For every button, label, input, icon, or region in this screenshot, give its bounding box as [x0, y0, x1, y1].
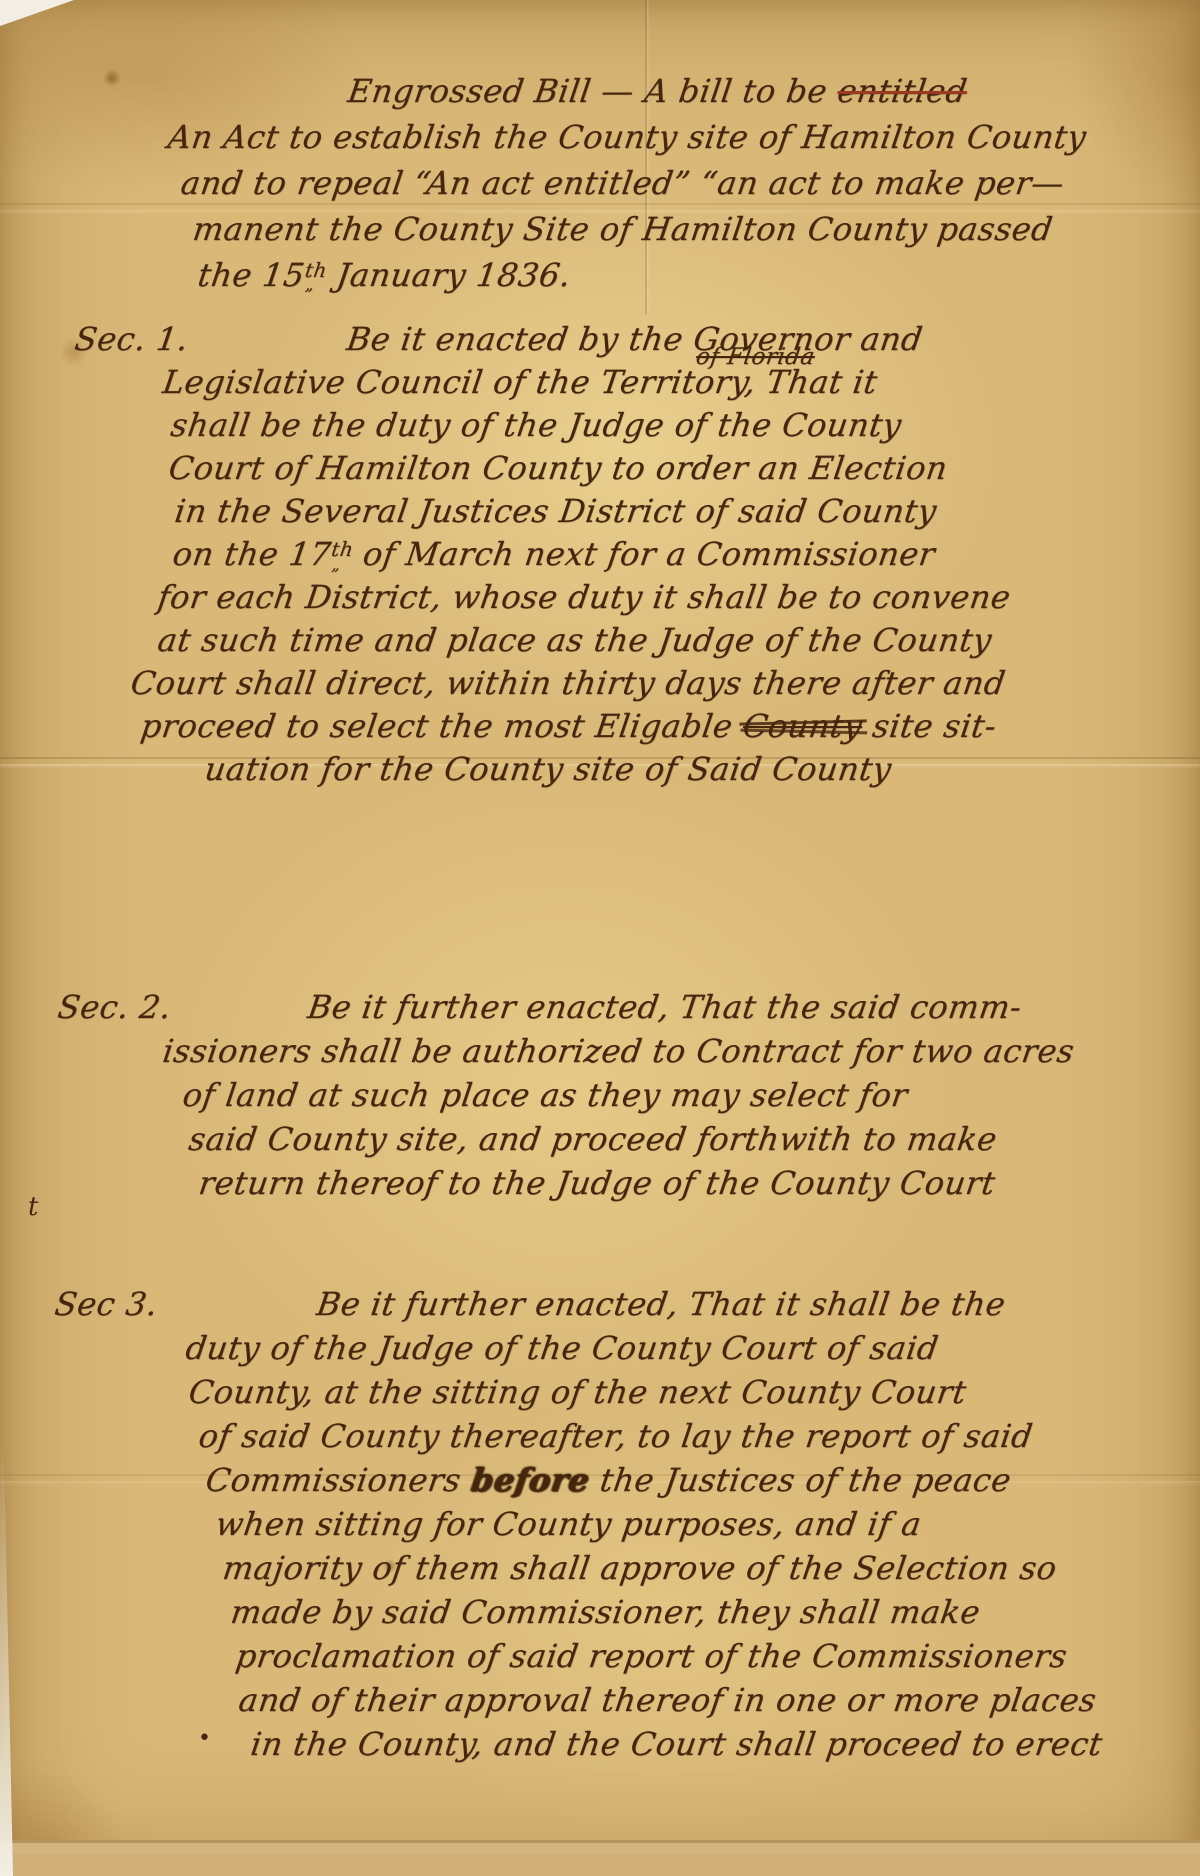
heading-text: Engrossed Bill — A bill to be: [346, 72, 841, 110]
section-2: Sec. 2.Be it further enacted, That the s…: [0, 985, 1200, 1205]
document-heading: Engrossed Bill — A bill to be entitled A…: [0, 68, 1200, 298]
document-scan: Engrossed Bill — A bill to be entitled A…: [0, 0, 1200, 1876]
manuscript-line: said County site, and proceed forthwith …: [186, 1117, 1200, 1161]
manuscript-line: in the Several Justices District of said…: [172, 490, 1200, 533]
manuscript-line: Court of Hamilton County to order an Ele…: [166, 447, 1200, 490]
manuscript-line: County, at the sitting of the next Count…: [186, 1370, 1200, 1414]
heading-text: January 1836.: [324, 256, 574, 294]
inserted-word: of Florida: [694, 345, 816, 369]
manuscript-line: in the County, and the Court shall proce…: [248, 1722, 1200, 1766]
section-label: Sec. 1.: [72, 318, 350, 361]
manuscript-line: for each District, whose duty it shall b…: [155, 576, 1200, 619]
body-text: Be it further enacted, That the said com…: [305, 988, 1024, 1026]
body-text: on the 17: [170, 535, 333, 573]
body-text: Commissioners: [203, 1461, 474, 1499]
body-text: the Justices of the peace: [587, 1461, 1014, 1499]
manuscript-line: Engrossed Bill — A bill to be entitled: [345, 68, 1200, 114]
manuscript-line: Sec. 1.Be it enacted by the Governor and: [0, 318, 1200, 361]
manuscript-line: shall be the duty of the Judge of the Co…: [168, 404, 1200, 447]
manuscript-line: Sec 3.Be it further enacted, That it sha…: [0, 1282, 1200, 1326]
manuscript-line: and of their approval thereof in one or …: [236, 1678, 1200, 1722]
manuscript-line: proceed to select the most Eligable Coun…: [138, 705, 1200, 748]
manuscript-line: Court shall direct, within thirty days t…: [128, 662, 1200, 705]
margin-mark: t: [28, 1192, 38, 1222]
manuscript-line: made by said Commissioner, they shall ma…: [228, 1590, 1200, 1634]
manuscript-line: at such time and place as the Judge of t…: [155, 619, 1200, 662]
manuscript-line: of said County thereafter, to lay the re…: [196, 1414, 1200, 1458]
manuscript-line: uation for the County site of Said Count…: [202, 748, 1200, 791]
manuscript-line: proclamation of said report of the Commi…: [233, 1634, 1200, 1678]
manuscript-line: manent the County Site of Hamilton Count…: [190, 206, 1200, 252]
manuscript-line: when sitting for County purposes, and if…: [213, 1502, 1200, 1546]
manuscript-line: Commissioners before the Justices of the…: [203, 1458, 1200, 1502]
body-text: proceed to select the most Eligable: [138, 707, 745, 745]
struck-word: entitled: [835, 72, 969, 110]
overwritten-word: before: [469, 1461, 592, 1499]
body-text: site sit-: [859, 707, 998, 745]
section-label: Sec 3.: [52, 1282, 320, 1326]
body-text: Be it enacted by the Governor and: [344, 320, 925, 358]
ink-dot: •: [198, 1726, 211, 1751]
page-bottom-edge: [0, 1840, 1200, 1876]
manuscript-line: issioners shall be authorized to Contrac…: [160, 1029, 1200, 1073]
body-text: Be it further enacted, That it shall be …: [314, 1285, 1008, 1323]
heading-text: the 15: [196, 256, 308, 294]
body-text: Legislative Council of the Territory,: [160, 363, 769, 401]
struck-word: County: [741, 707, 865, 745]
manuscript-line: and to repeal “An act entitled” “an act …: [178, 160, 1200, 206]
section-3: Sec 3.Be it further enacted, That it sha…: [0, 1282, 1200, 1766]
manuscript-line: return thereof to the Judge of the Count…: [196, 1161, 1200, 1205]
manuscript-line: the 15th„ January 1836.: [195, 252, 1200, 298]
manuscript-line: majority of them shall approve of the Se…: [220, 1546, 1200, 1590]
manuscript-line: Sec. 2.Be it further enacted, That the s…: [0, 985, 1200, 1029]
manuscript-line: An Act to establish the County site of H…: [165, 114, 1200, 160]
manuscript-line: Legislative Council of the Territory, of…: [160, 361, 1200, 404]
section-1: Sec. 1.Be it enacted by the Governor and…: [0, 318, 1200, 791]
body-text: of March next for a Commissioner: [350, 535, 937, 573]
section-label: Sec. 2.: [55, 985, 311, 1029]
manuscript-line: duty of the Judge of the County Court of…: [183, 1326, 1200, 1370]
manuscript-line: of land at such place as they may select…: [180, 1073, 1200, 1117]
manuscript-line: on the 17th„ of March next for a Commiss…: [170, 533, 1200, 576]
